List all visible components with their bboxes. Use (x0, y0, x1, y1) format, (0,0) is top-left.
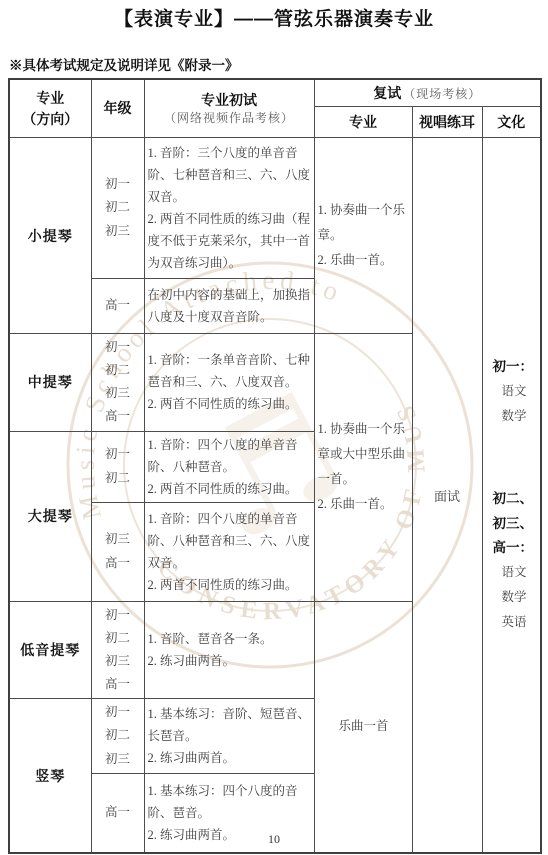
prelim-cello-junior: 1. 音阶：四个八度的单音音阶、八种琶音。 2. 两首不同性质的练习曲。 (144, 431, 314, 502)
header-grade: 年级 (91, 79, 144, 138)
prelim-harp-junior: 1. 基本练习：音阶、短琶音、长琶音。 2. 练习曲两首。 (144, 699, 314, 774)
prelim-bass: 1. 音阶、琶音各一条。 2. 练习曲两首。 (144, 601, 314, 699)
grades-harp-junior: 初一 初二 初三 (91, 699, 144, 774)
grades-viola: 初一 初二 初三 高一 (91, 334, 144, 432)
header-retest: 复试（现场考核） (314, 79, 541, 107)
retest-viola-cello: 1. 协奏曲一个乐章或大中型乐曲一首。 2. 乐曲一首。 (314, 334, 412, 602)
header-major-line1: 专业 (13, 88, 88, 108)
instrument-harp: 竖琴 (9, 699, 91, 854)
retest-violin: 1. 协奏曲一个乐章。 2. 乐曲一首。 (314, 138, 412, 334)
grades-cello-junior: 初一 初二 (91, 431, 144, 502)
appendix-note: ※具体考试规定及说明详见《附录一》 (9, 54, 239, 74)
header-retest-title: 复试 (373, 85, 401, 101)
culture-block: 初一： 语文 数学 初二、 初三、 高一： 语文 数学 英语 (486, 355, 538, 635)
culture-cell: 初一： 语文 数学 初二、 初三、 高一： 语文 数学 英语 (482, 138, 541, 854)
prelim-violin-junior: 1. 音阶：三个八度的单音音阶、七种琶音和三、六、八度双音。 2. 两首不同性质… (144, 138, 314, 279)
row-violin-junior: 小提琴 初一 初二 初三 1. 音阶：三个八度的单音音阶、七种琶音和三、六、八度… (9, 138, 541, 279)
grades-violin-junior: 初一 初二 初三 (91, 138, 144, 279)
prelim-violin-senior: 在初中内容的基础上，加换指八度及十度双音音阶。 (144, 279, 314, 334)
grades-violin-senior: 高一 (91, 279, 144, 334)
instrument-violin: 小提琴 (9, 138, 91, 334)
header-solfege: 视唱练耳 (412, 107, 482, 138)
header-prelim-title: 专业初试 (148, 90, 311, 110)
solfege-cell: 面试 (412, 138, 482, 854)
culture-group2-label: 初二、 初三、 高一： (493, 487, 534, 560)
header-culture: 文化 (482, 107, 541, 138)
document-page: Music School Attached to CONSERVATORY OF… (0, 0, 548, 855)
header-retest-major: 专业 (314, 107, 412, 138)
page-title: 【表演专业】——管弦乐器演奏专业 (0, 4, 548, 31)
instrument-cello: 大提琴 (9, 431, 91, 601)
culture-group1-subjects: 语文 数学 (493, 379, 534, 429)
header-prelim-sub: （网络视频作品考核） (148, 110, 311, 127)
instrument-viola: 中提琴 (9, 334, 91, 432)
instrument-bass: 低音提琴 (9, 601, 91, 699)
header-row-1: 专业 （方向） 年级 专业初试 （网络视频作品考核） 复试（现场考核） (9, 79, 541, 107)
exam-requirements-table: 专业 （方向） 年级 专业初试 （网络视频作品考核） 复试（现场考核） 专业 视… (8, 78, 542, 854)
culture-group-1: 初一： 语文 数学 (493, 355, 534, 429)
prelim-cello-senior: 1. 音阶：四个八度的单音音阶、八种琶音和三、六、八度双音。 2. 两首不同性质… (144, 502, 314, 601)
header-major-line2: （方向） (13, 109, 88, 129)
header-retest-sub: （现场考核） (403, 87, 481, 101)
culture-group1-label: 初一： (493, 355, 534, 379)
culture-group-2: 初二、 初三、 高一： 语文 数学 英语 (493, 487, 534, 635)
retest-bass-harp: 乐曲一首 (314, 601, 412, 853)
header-prelim: 专业初试 （网络视频作品考核） (144, 79, 314, 138)
culture-group2-subjects: 语文 数学 英语 (493, 560, 534, 635)
grades-cello-senior: 初三 高一 (91, 502, 144, 601)
page-number: 10 (0, 832, 548, 847)
prelim-viola: 1. 音阶：一条单音音阶、七种琶音和三、六、八度双音。 2. 两首不同性质的练习… (144, 334, 314, 432)
grades-bass: 初一 初二 初三 高一 (91, 601, 144, 699)
header-major: 专业 （方向） (9, 79, 91, 138)
